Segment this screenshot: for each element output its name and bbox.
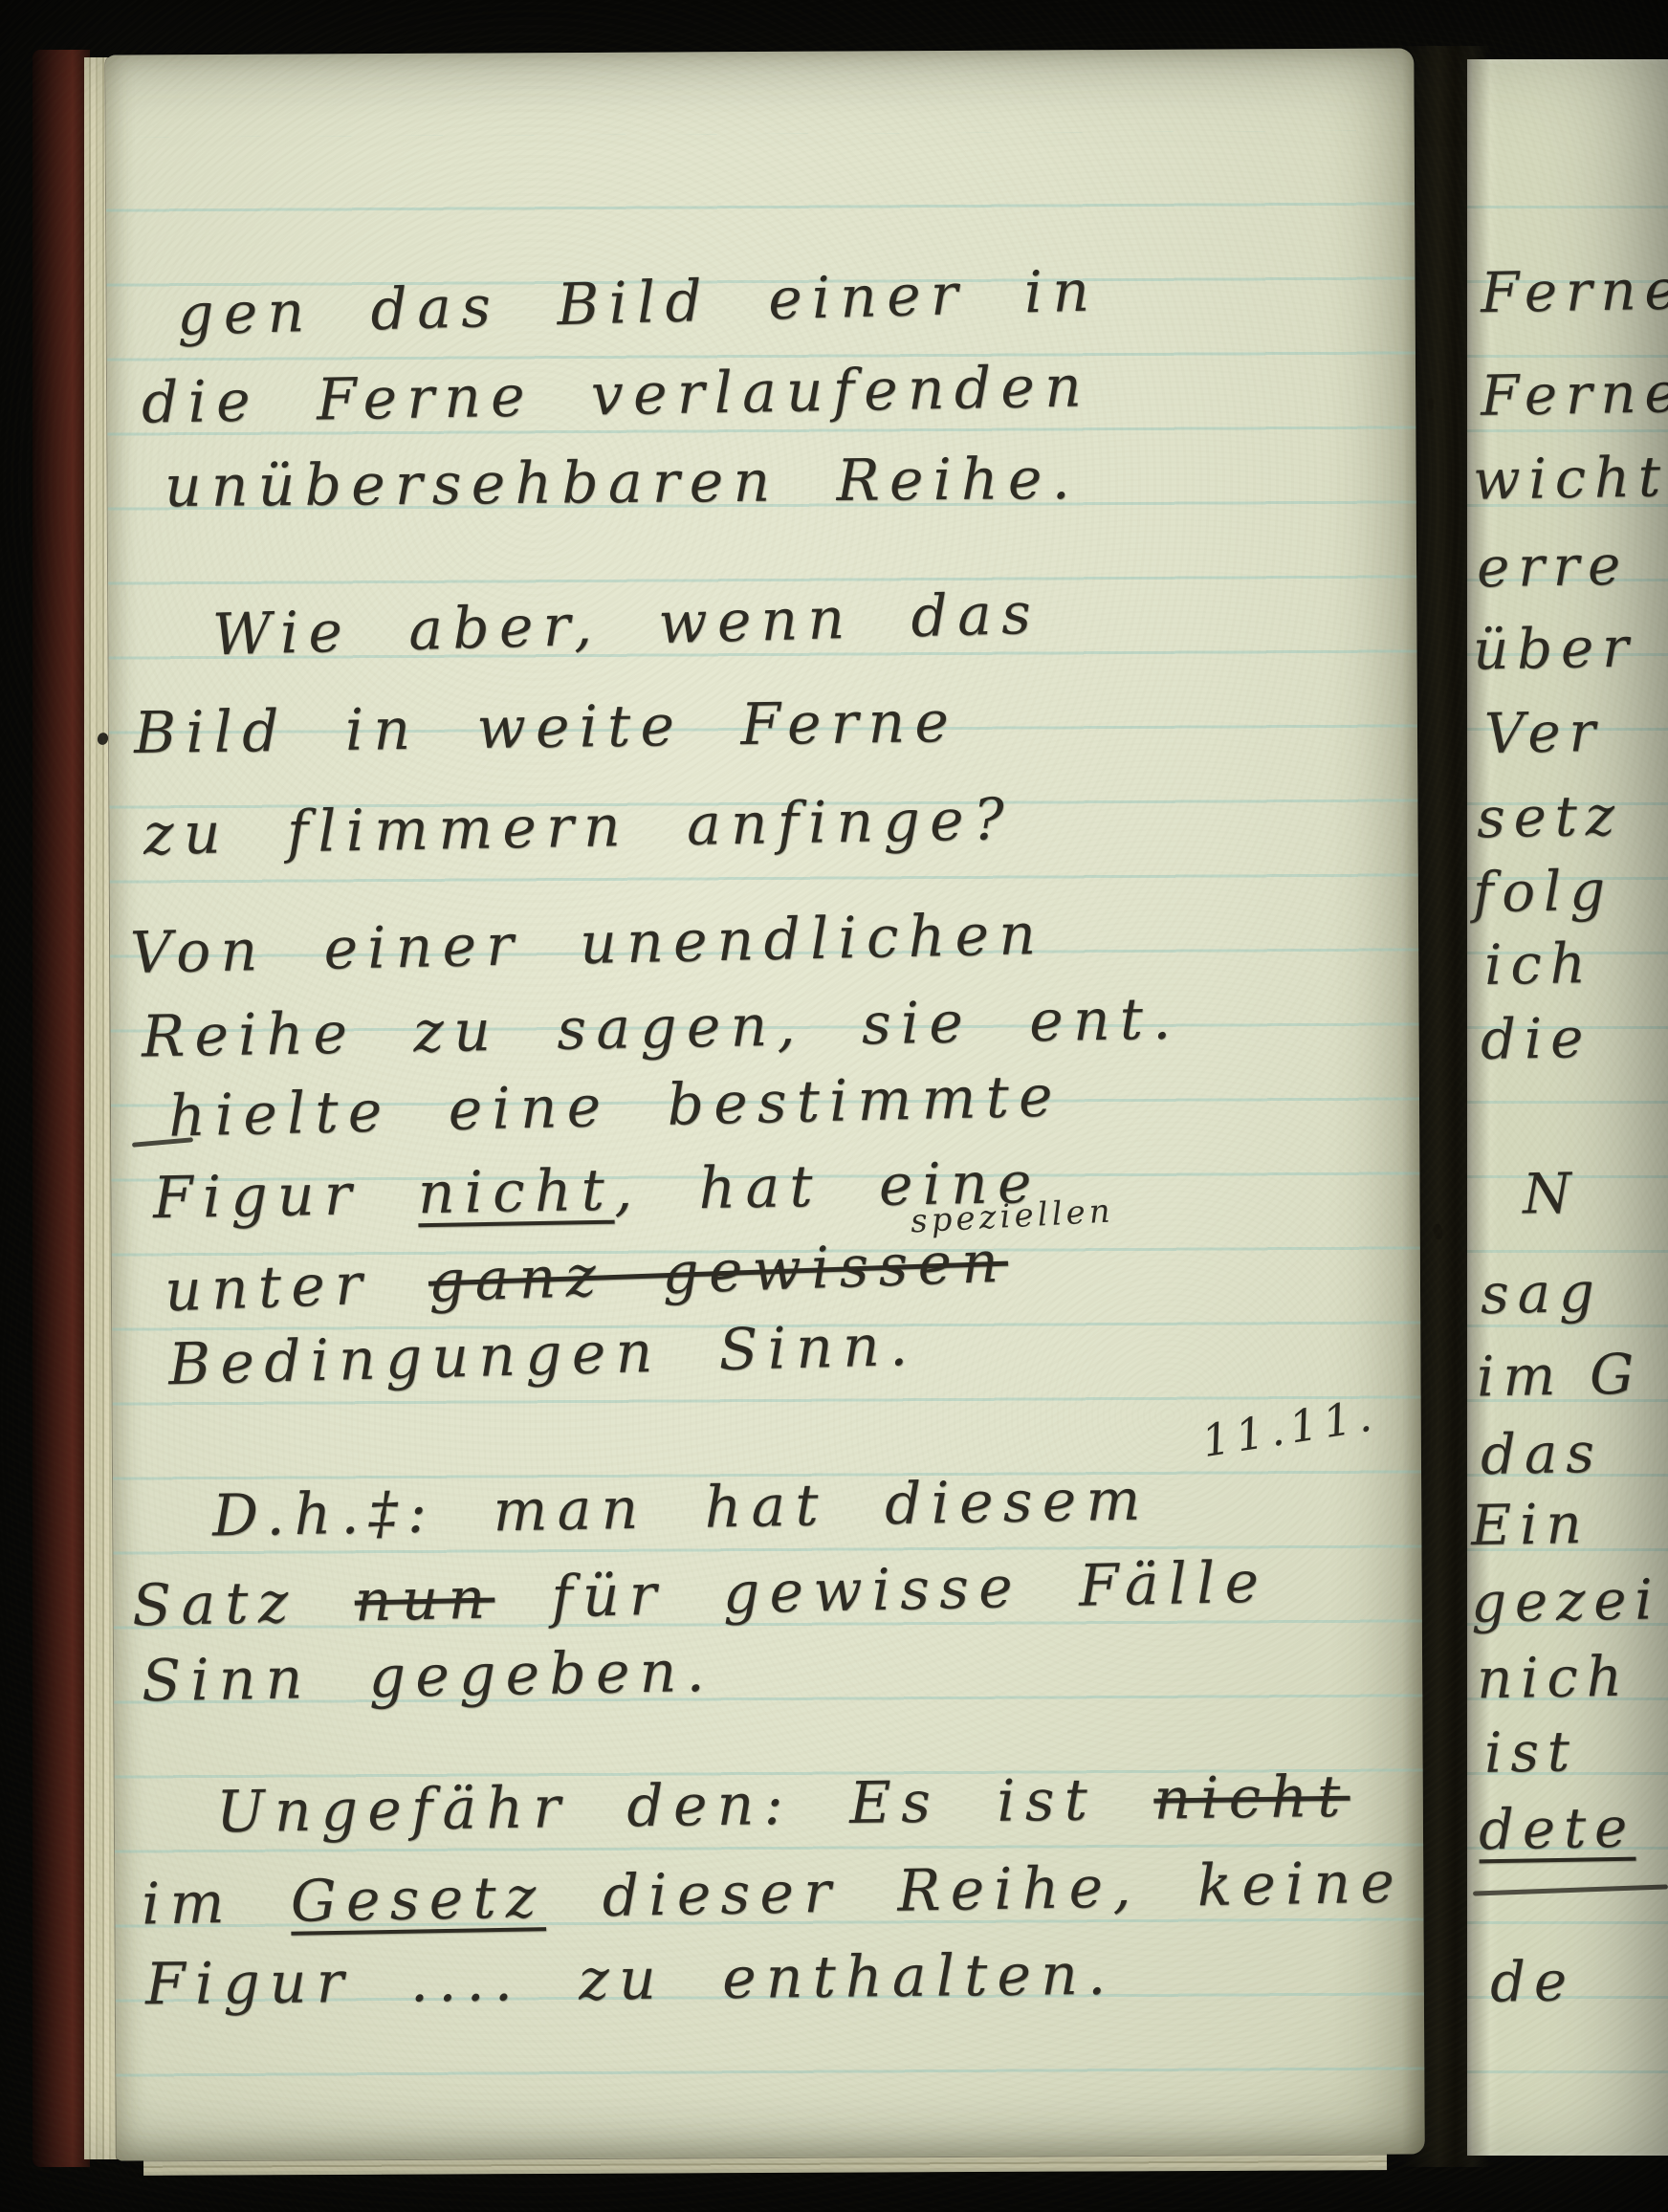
- word-segment: Figur .... zu enthalten.: [145, 1941, 1116, 2019]
- right-page-line-fragment: Ferne: [1480, 360, 1668, 428]
- word-segment: Bedingungen Sinn.: [167, 1312, 918, 1398]
- right-page-line-fragment: erre: [1476, 533, 1629, 601]
- right-page-line-fragment: gezei: [1470, 1566, 1661, 1634]
- right-page-line-fragment: das: [1480, 1420, 1603, 1487]
- handwriting-line: im Gesetz dieser Reihe, keine: [141, 1849, 1404, 1938]
- word-segment: hielte eine bestimmte: [167, 1062, 1063, 1150]
- handwriting-line: Figur .... zu enthalten.: [145, 1941, 1116, 2019]
- right-page-line-fragment: Ver: [1483, 699, 1604, 766]
- word-segment: die Ferne verlaufenden: [141, 353, 1091, 436]
- handwriting-line: unübersehbaren Reihe.: [165, 446, 1080, 520]
- right-page-line-fragment: Ein: [1470, 1491, 1591, 1558]
- word-segment: Ferner: [1480, 256, 1668, 325]
- word-segment: sag: [1480, 1259, 1603, 1326]
- right-page-line-fragment: sag: [1480, 1259, 1603, 1326]
- right-page-line-fragment: de: [1489, 1948, 1575, 2015]
- handwriting-line: gen das Bild einer in: [176, 257, 1100, 348]
- right-page-line-fragment: dete: [1478, 1795, 1635, 1863]
- handwriting-line: unter ganz gewissen: [164, 1229, 1009, 1325]
- word-segment: de: [1489, 1948, 1575, 2015]
- word-segment: zu flimmern anfinge?: [143, 786, 1014, 868]
- word-segment: Reihe zu sagen, sie ent.: [141, 986, 1180, 1071]
- word-segment: Ferne: [1480, 360, 1668, 428]
- handwriting-line: zu flimmern anfinge?: [143, 786, 1014, 868]
- handwriting-line: Bild in weite Ferne: [134, 689, 959, 767]
- word-segment: Ein: [1470, 1491, 1591, 1558]
- word-segment: für gewisse Fälle: [494, 1549, 1269, 1632]
- word-segment: Von einer unendlichen: [129, 901, 1045, 987]
- handwriting-line: Ungefähr den: Es ist nicht: [216, 1763, 1350, 1847]
- handwriting-line: Sinn gegeben.: [141, 1638, 714, 1715]
- word-segment: ist: [1483, 1719, 1578, 1785]
- handwriting-line: hielte eine bestimmte: [167, 1062, 1063, 1150]
- word-segment: im G: [1476, 1341, 1642, 1409]
- word-segment: Ungefähr den: Es ist: [216, 1766, 1154, 1847]
- word-segment: das: [1480, 1420, 1603, 1487]
- right-page-line-fragment: im G: [1476, 1341, 1642, 1409]
- word-segment: N: [1522, 1160, 1580, 1226]
- word-segment: erre: [1476, 533, 1629, 601]
- handwriting-line: D.h.‡: man hat diesem: [211, 1466, 1151, 1549]
- word-segment: folg: [1472, 858, 1613, 926]
- word-segment: setz: [1476, 783, 1623, 851]
- word-segment: Satz: [131, 1568, 355, 1640]
- handwriting-line: Bedingungen Sinn.: [167, 1312, 918, 1398]
- handwriting-line: Figur nicht, hat eine: [152, 1150, 1042, 1232]
- right-page-line-fragment: N: [1522, 1160, 1580, 1226]
- right-page-line-fragment: über: [1472, 615, 1637, 683]
- handwriting-line: die Ferne verlaufenden: [141, 353, 1091, 436]
- right-page-line-fragment: nich: [1476, 1644, 1631, 1712]
- notebook-photo: gen das Bild einer indie Ferne verlaufen…: [0, 0, 1668, 2212]
- struck-word: ganz gewissen: [428, 1229, 1009, 1316]
- handwriting-line: Reihe zu sagen, sie ent.: [141, 986, 1180, 1071]
- right-page-line-fragment: wicht: [1472, 444, 1668, 513]
- word-segment: Bild in weite Ferne: [134, 689, 959, 767]
- word-segment: Figur: [152, 1160, 418, 1232]
- underlined-word: nicht: [417, 1157, 614, 1228]
- word-segment: gen das Bild einer in: [176, 257, 1100, 348]
- right-page-line-fragment: Ferner: [1480, 256, 1668, 325]
- word-segment: unübersehbaren Reihe.: [165, 446, 1080, 520]
- handwriting-line: Wie aber, wenn das: [211, 580, 1042, 669]
- underlined-word: dete: [1478, 1795, 1635, 1863]
- word-segment: gezei: [1470, 1566, 1661, 1634]
- struck-word: nicht: [1153, 1763, 1350, 1833]
- word-segment: Wie aber, wenn das: [211, 580, 1042, 669]
- right-page-line-fragment: ich: [1483, 931, 1594, 997]
- right-page-line-fragment: folg: [1472, 858, 1613, 926]
- right-page-line-fragment: setz: [1476, 783, 1623, 851]
- word-segment: Ver: [1483, 699, 1604, 766]
- right-page-line-fragment: die: [1480, 1005, 1591, 1072]
- handwriting-line: Von einer unendlichen: [129, 901, 1045, 987]
- word-segment: wicht: [1472, 444, 1668, 513]
- word-segment: ich: [1483, 931, 1594, 997]
- word-segment: Sinn gegeben.: [141, 1638, 714, 1715]
- struck-word: nun: [354, 1566, 495, 1635]
- word-segment: D.h.‡: man hat diesem: [211, 1466, 1151, 1549]
- underlined-word: Gesetz: [290, 1864, 546, 1936]
- word-segment: nich: [1476, 1644, 1631, 1712]
- word-segment: im: [141, 1869, 291, 1938]
- handwriting-line: Satz nun für gewisse Fälle: [131, 1549, 1269, 1640]
- word-segment: die: [1480, 1005, 1591, 1072]
- right-page-line-fragment: ist: [1483, 1719, 1578, 1785]
- word-segment: unter: [164, 1249, 429, 1325]
- word-segment: über: [1472, 615, 1637, 683]
- word-segment: dieser Reihe, keine: [545, 1849, 1405, 1931]
- handwriting-layer: gen das Bild einer indie Ferne verlaufen…: [0, 0, 1668, 2212]
